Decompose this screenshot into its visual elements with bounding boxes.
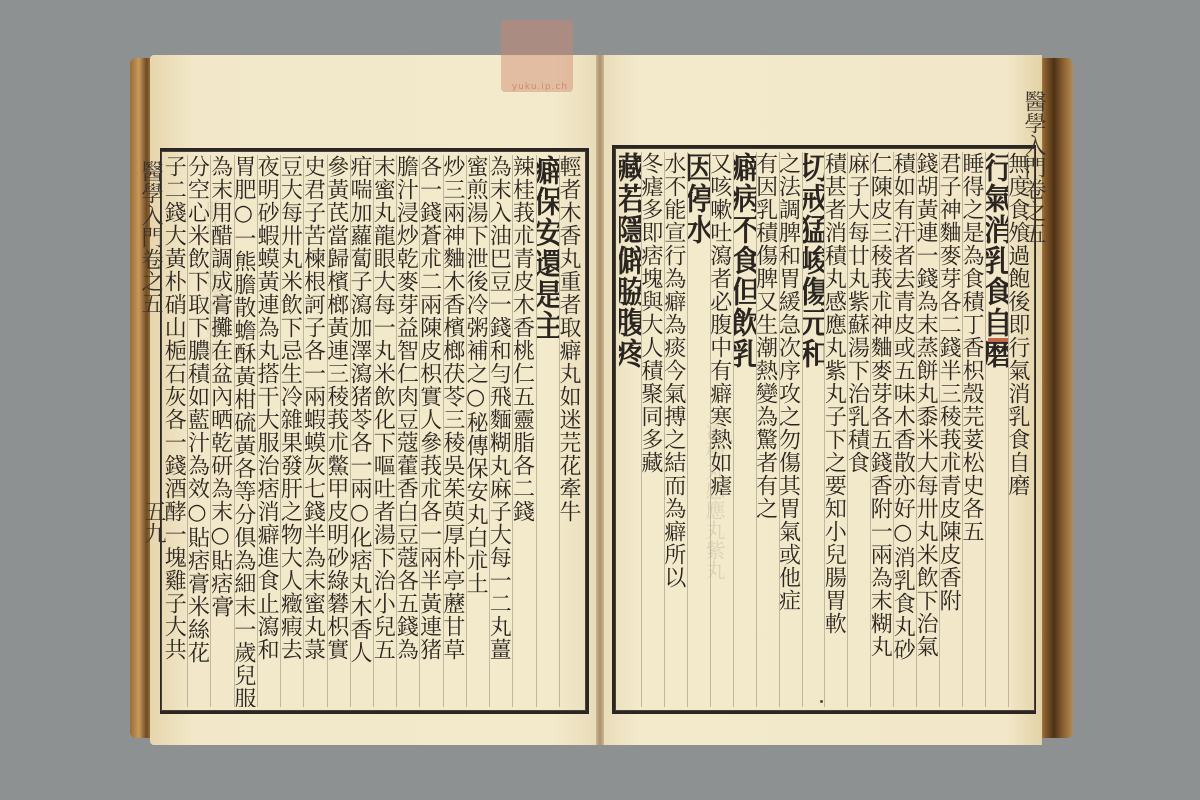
- text-column: 積如有汗者去青皮或五味木香散亦好○消乳食丸砂: [893, 152, 916, 707]
- text-column: 史君子苦楝根訶子各一兩蝦蟆灰七錢半為末蜜丸菉: [303, 155, 326, 707]
- left-running-title: 醫學入門卷之五: [135, 160, 166, 700]
- text-column: 君子神麯麥芽各二錢半三稜莪朮青皮陳皮香附: [939, 152, 962, 707]
- text-column: 分空心米飲下取下膿積如藍汁為效○貼痞膏米絲花: [187, 155, 210, 707]
- heading-column: 行氣消乳食自磨: [985, 152, 1008, 707]
- red-ink-mark: [988, 338, 1008, 342]
- text-column: 子二錢大黃朴硝山梔石灰各一錢酒酵一塊雞子大共: [165, 155, 187, 707]
- text-column: 為末用醋調成膏攤在盆內晒乾研為末○貼痞膏: [210, 155, 233, 707]
- seal-watermark-text: yuku.ip.ch: [500, 82, 580, 92]
- heading-column: 藏若隱僻脇腹疼: [619, 152, 641, 707]
- text-column: 麻子大每廿丸紫蘇湯下治乳積食: [847, 152, 870, 707]
- text-column: 為末入油巴豆一錢和勻飛麵糊丸麻子大每一二丸薑: [489, 155, 512, 707]
- text-column: 豆大每卅丸米飲下忌生冷雜果發肝之物大人癥瘕去: [280, 155, 303, 707]
- text-column: 炒三兩神麯木香檳榔茯苓三稜吳茱萸厚朴亭藶甘草: [443, 155, 466, 707]
- left-page-text-frame: 輕者木香丸重者取癖丸如迷芫花牽牛 癖保安還是主 辣桂莪朮青皮木香桃仁五靈脂各二錢…: [160, 148, 589, 714]
- text-column: 水不能宣行為癖為痰今氣搏之結而為癖所以: [664, 152, 687, 707]
- heading-column: 癖病不食但飲乳: [733, 152, 756, 707]
- text-column: 夜明砂蝦蟆黃連為丸搭干大服治痞消癖進食止瀉和: [257, 155, 280, 707]
- left-page-columns: 輕者木香丸重者取癖丸如迷芫花牽牛 癖保安還是主 辣桂莪朮青皮木香桃仁五靈脂各二錢…: [165, 155, 582, 707]
- text-column: 膽汁浸炒乾麥芽益智仁肉豆蔻藿香白豆蔻各五錢為: [396, 155, 419, 707]
- text-column: 又咳嗽吐瀉者必腹中有癖寒熱如瘧: [710, 152, 733, 707]
- text-column: 蜜煎湯下泄後冷粥補之○秘傳保安丸白朮土: [466, 155, 489, 707]
- text-column: 末蜜丸龍眼大每一丸米飲化下嘔吐者湯下治小兒五: [373, 155, 396, 707]
- text-column: 參黃芪當歸檳榔黃連三稜莪朮鱉甲皮明砂綠礬枳實: [327, 155, 350, 707]
- text-column: 各一錢蒼朮二兩陳皮枳實人參莪朮各一兩半黃連猪: [419, 155, 442, 707]
- folio-number: 五九: [138, 500, 169, 544]
- right-page-columns: 無度食飧過飽後即行氣消乳食自磨 行氣消乳食自磨 睡得之是為食積丁香枳殼芫荽松史各…: [619, 152, 1031, 707]
- text-column: 有因乳積傷脾又生潮熱變為驚者有之: [756, 152, 779, 707]
- right-running-title: 醫學入門卷之五: [1018, 90, 1049, 510]
- text-column: 錢胡黃連一錢為末蒸餅丸黍米大每卅丸米飲下治氣: [916, 152, 939, 707]
- ink-speck: [230, 600, 233, 603]
- book-gutter: [596, 55, 604, 745]
- text-column: 之法調脾和胃緩急次序攻之勿傷其胃氣或他症: [779, 152, 802, 707]
- text-column: 疳喘加蘿蔔子瀉加澤瀉猪苓各一兩○化痞丸木香人: [350, 155, 373, 707]
- right-page-text-frame: 無度食飧過飽後即行氣消乳食自磨 行氣消乳食自磨 睡得之是為食積丁香枳殼芫荽松史各…: [612, 145, 1036, 714]
- text-column: 冬瘧多即痞塊與大人積聚同多藏: [641, 152, 664, 707]
- text-column: 辣桂莪朮青皮木香桃仁五靈脂各二錢: [512, 155, 535, 707]
- ink-speck: [820, 700, 823, 703]
- heading-column: 因停水: [687, 152, 710, 707]
- text-column: 睡得之是為食積丁香枳殼芫荽松史各五: [962, 152, 985, 707]
- text-column: 輕者木香丸重者取癖丸如迷芫花牽牛: [559, 155, 582, 707]
- heading-column: 切戒猛峻傷元和: [802, 152, 825, 707]
- heading-column: 癖保安還是主: [536, 155, 559, 707]
- text-column: 仁陳皮三稜莪朮神麯麥芽各五錢香附一兩為末糊丸: [870, 152, 893, 707]
- text-column: 胃肥○一熊膽散蟾酥黃柑硫黃各等分俱為細末一歲兒服二: [234, 155, 257, 707]
- text-column: 積甚者消積丸感應丸紫丸子下之要知小兒腸胃軟: [824, 152, 847, 707]
